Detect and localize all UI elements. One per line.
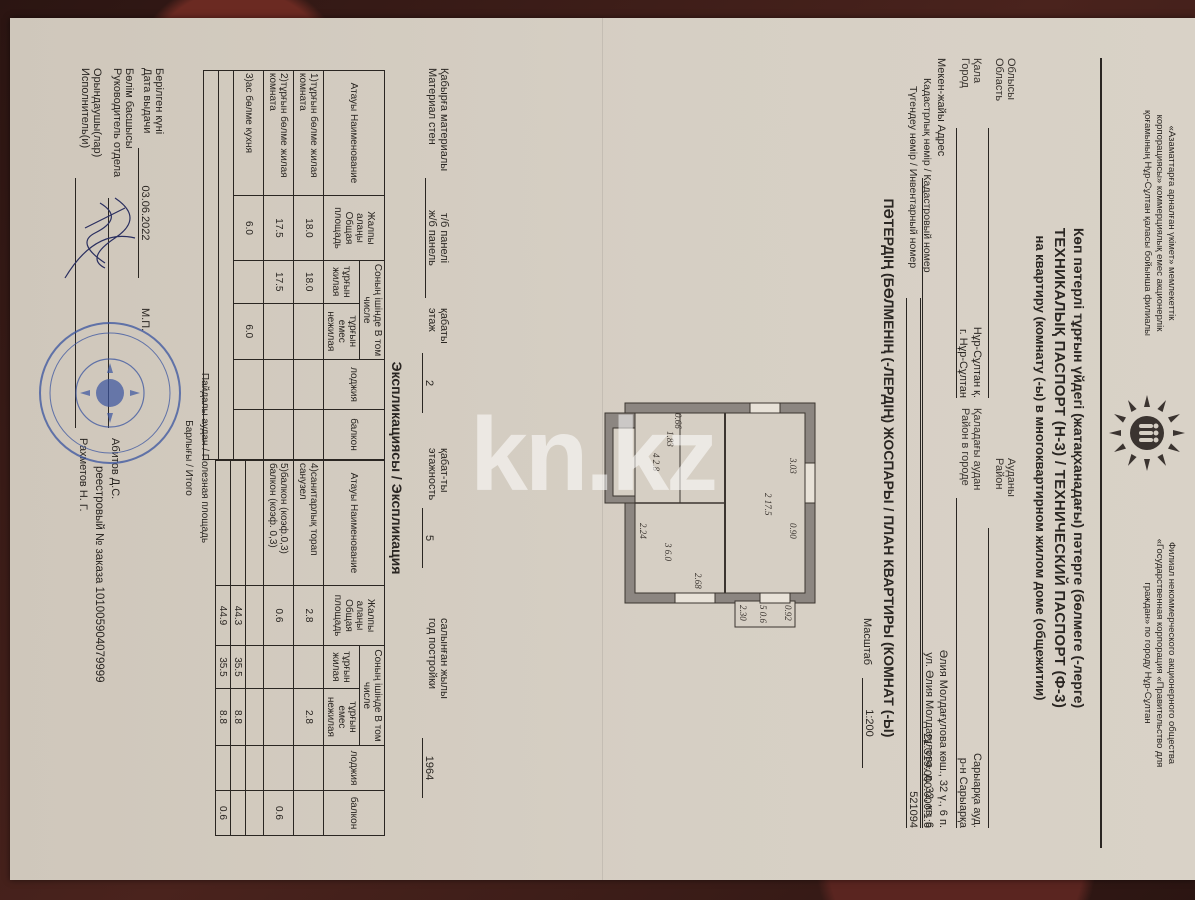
row-value bbox=[294, 410, 324, 460]
svg-text:2.24: 2.24 bbox=[638, 523, 648, 539]
label-kz: Облысы bbox=[1005, 58, 1017, 101]
explication-title: Экспликациясы / Экспликация bbox=[389, 78, 405, 858]
address-value-kz: Әлия Молдағұлова көш., 32 ү., 6 п. bbox=[937, 178, 949, 828]
cadastral-label: Кадастрлық нөмір / Кадастровый номер bbox=[921, 78, 933, 273]
useful-area-label: Пайдалы аудан / Полезная площадь bbox=[199, 78, 210, 838]
col-balcony: балкон bbox=[324, 791, 385, 836]
label-ru: Район bbox=[993, 458, 1005, 497]
label-kz: Қала bbox=[971, 58, 983, 88]
col-living: тұрғын жилая bbox=[324, 261, 360, 304]
label-kz: салынған жылы bbox=[438, 618, 450, 699]
col-loggia: лоджия bbox=[324, 360, 385, 410]
row-name: 2)тұрғын бөлме жилая комната bbox=[264, 71, 294, 196]
org-kz-line: қоғамының Нұр-Сұлтан қаласы бойынша фили… bbox=[1141, 58, 1153, 388]
label-kz: Қаладағы аудан bbox=[971, 408, 983, 490]
label-ru: год постройки bbox=[426, 618, 438, 699]
signature-scribble-icon bbox=[45, 178, 155, 308]
org-kz-line: корпорациясы» коммерциялық емес акционер… bbox=[1153, 58, 1165, 388]
label-ru: Район в городе bbox=[959, 408, 971, 490]
org-ru-line: Филиал некоммерческого акционерного обще… bbox=[1165, 488, 1177, 818]
row-value bbox=[264, 410, 294, 460]
title-kz: Көп пәтерлі тұрғын үйдегі (жатақханадағы… bbox=[1071, 78, 1087, 858]
label-ru: Область bbox=[993, 58, 1005, 101]
useful-total: 44.3 bbox=[231, 586, 246, 646]
cell bbox=[231, 461, 246, 586]
svg-text:5 0.6: 5 0.6 bbox=[758, 605, 768, 624]
col-total: Жалпы алаңы Общая площадь bbox=[324, 196, 385, 261]
year-value: 1964 bbox=[422, 738, 435, 798]
org-ru-line: граждан» по городу Нұр-Сұлтан bbox=[1141, 488, 1153, 818]
row-value bbox=[264, 746, 294, 791]
label-ru: этаж bbox=[426, 308, 438, 344]
floors-value: 5 bbox=[422, 508, 435, 568]
label-ru: Материал стен bbox=[426, 68, 438, 171]
grand-total: 44.9 bbox=[216, 586, 231, 646]
inventory-value: 521094 bbox=[906, 298, 919, 828]
org-name-ru: Филиал некоммерческого акционерного обще… bbox=[1141, 488, 1177, 818]
label-kz: қабаты bbox=[438, 308, 450, 344]
row-value: 18.0 bbox=[294, 261, 324, 304]
label-kz: қабат-ты bbox=[438, 448, 450, 500]
label-ru: Дата выдачи bbox=[141, 68, 153, 134]
grand-balcony: 0.6 bbox=[216, 791, 231, 836]
label-ru: Руководитель отдела bbox=[111, 68, 123, 177]
title-main: ТЕХНИКАЛЫҚ ПАСПОРТ (Н-3) / ТЕХНИЧЕСКИЙ П… bbox=[1051, 78, 1068, 858]
col-nonliving: тұрғын емес нежилая bbox=[324, 688, 360, 745]
scale-value: 1:200 bbox=[862, 678, 875, 768]
city-district-value-ru: р-н Сарыарқа bbox=[956, 498, 969, 828]
cell bbox=[216, 746, 231, 791]
address-label: Мекен-жайы Адрес bbox=[935, 58, 947, 156]
cell bbox=[231, 746, 246, 791]
row-name: 4)санитарлық торап санузел bbox=[294, 461, 324, 586]
row-value: 17.5 bbox=[264, 261, 294, 304]
wall-material-label: Қабырға материалы Материал стен bbox=[426, 68, 450, 171]
useful-area-row: 44.3 35.5 8.8 bbox=[231, 461, 246, 836]
table-row: 2)тұрғын бөлме жилая комната17.517.5 bbox=[264, 71, 294, 460]
svg-text:0.90: 0.90 bbox=[788, 523, 798, 539]
exec-label: Орындаушы(лар) Исполнитель(и) bbox=[79, 68, 103, 157]
row-value: 17.5 bbox=[264, 196, 294, 261]
row-value bbox=[264, 360, 294, 410]
title-ru: на квартиру (комнату (-ы) в многоквартир… bbox=[1033, 78, 1048, 858]
city-district-label: Қаладағы аудан Район в городе bbox=[959, 408, 983, 490]
cadastral-value: 21:319:000:000:1:6 bbox=[920, 298, 933, 828]
plan-title: ПӘТЕРДІҢ (БӨЛМЕНІҢ (-ЛЕРДІҢ) ЖОСПАРЫ / П… bbox=[881, 78, 897, 858]
grand-nonliving: 8.8 bbox=[216, 688, 231, 745]
grand-living: 35.5 bbox=[216, 646, 231, 689]
row-value: 2.8 bbox=[294, 586, 324, 646]
label-kz: Бөлім басшысы bbox=[123, 68, 135, 177]
year-label: салынған жылы год постройки bbox=[426, 618, 450, 699]
label-kz: Қабырға материалы bbox=[438, 68, 450, 171]
header-divider bbox=[1100, 58, 1102, 848]
official-stamp-icon bbox=[35, 318, 185, 468]
inventory-label: Түгендеу нөмір / Инвентарный номер bbox=[907, 86, 919, 268]
table-row: 4)санитарлық торап санузел2.82.8 bbox=[294, 461, 324, 836]
table-row: 3)ас бөлме кухня6.06.0 bbox=[234, 71, 264, 460]
row-name: 3)ас бөлме кухня bbox=[234, 71, 264, 196]
oblast-value bbox=[988, 128, 1001, 398]
grand-total-row: 44.9 35.5 8.8 0.6 bbox=[216, 461, 231, 836]
row-value bbox=[294, 646, 324, 689]
col-living: тұрғын жилая bbox=[324, 646, 360, 689]
row-value bbox=[294, 746, 324, 791]
row-value bbox=[294, 791, 324, 836]
org-name-kz: «Азаматтарға арналған үкімет» мемлекетті… bbox=[1141, 58, 1177, 388]
explication-table-left: Атауы Наименование Жалпы алаңы Общая пло… bbox=[203, 70, 385, 460]
wall-material-value: т/б панелі ж/б панель bbox=[425, 178, 450, 298]
row-value bbox=[234, 261, 264, 304]
row-value bbox=[294, 360, 324, 410]
sun-people-logo-icon bbox=[1109, 393, 1189, 473]
row-value: 0.6 bbox=[264, 586, 294, 646]
svg-text:3 6.0: 3 6.0 bbox=[663, 542, 673, 562]
document-title: Көп пәтерлі тұрғын үйдегі (жатақханадағы… bbox=[1033, 78, 1087, 858]
kn-kz-watermark-overlay: kn.kz bbox=[470, 395, 730, 515]
col-incl: Соның ішінде В том числе bbox=[360, 261, 385, 360]
city-district-value-kz: Сарыарқа ауд. bbox=[971, 498, 983, 828]
audan-label: Ауданы Район bbox=[993, 458, 1017, 497]
col-loggia: лоджия bbox=[324, 746, 385, 791]
label-ru: этажность bbox=[426, 448, 438, 500]
floor-label: қабаты этаж bbox=[426, 308, 450, 344]
label-ru: Исполнитель(и) bbox=[79, 68, 91, 157]
row-value bbox=[234, 410, 264, 460]
city-value-kz: Нұр-Сұлтан қ. bbox=[971, 128, 983, 398]
row-value bbox=[264, 303, 294, 359]
audan-value bbox=[988, 528, 1001, 828]
label-kz: Орындаушы(лар) bbox=[91, 68, 103, 157]
col-nonliving: тұрғын емес нежилая bbox=[324, 303, 360, 359]
svg-text:2.68: 2.68 bbox=[693, 573, 703, 589]
col-total: Жалпы алаңы Общая площадь bbox=[324, 586, 385, 646]
table-row: 1)тұрғын бөлме жилая комната18.018.0 bbox=[294, 71, 324, 460]
row-value: 2.8 bbox=[294, 688, 324, 745]
row-name: 1)тұрғын бөлме жилая комната bbox=[294, 71, 324, 196]
oblast-label: Облысы Область bbox=[993, 58, 1017, 101]
label-kz: Ауданы bbox=[1005, 458, 1017, 497]
row-value: 0.6 bbox=[264, 791, 294, 836]
svg-text:2.30: 2.30 bbox=[738, 605, 748, 621]
scale-label: Масштаб bbox=[861, 618, 873, 665]
floors-label: қабат-ты этажность bbox=[426, 448, 450, 500]
value-ru: ж/б панель bbox=[425, 178, 438, 298]
svg-text:0.92: 0.92 bbox=[783, 605, 793, 621]
city-value-ru: г. Нұр-Сұлтан bbox=[956, 128, 969, 398]
city-label: Қала Город bbox=[959, 58, 983, 88]
label-kz: Берілген күні bbox=[153, 68, 165, 134]
row-name: 5)балкон (коэф.0,3) балкон (коэф. 0,3) bbox=[264, 461, 294, 586]
org-kz-line: «Азаматтарға арналған үкімет» мемлекетті… bbox=[1165, 58, 1177, 388]
row-value: 6.0 bbox=[234, 303, 264, 359]
org-ru-line: «Государственная корпорация «Правительст… bbox=[1153, 488, 1165, 818]
table-row: 5)балкон (коэф.0,3) балкон (коэф. 0,3)0.… bbox=[264, 461, 294, 836]
cell bbox=[216, 461, 231, 586]
col-name: Атауы Наименование bbox=[324, 71, 385, 196]
row-value: 18.0 bbox=[294, 196, 324, 261]
row-value bbox=[264, 646, 294, 689]
row-value bbox=[294, 303, 324, 359]
explication-table-right: Атауы Наименование Жалпы алаңы Общая пло… bbox=[215, 460, 385, 836]
floor-value: 2 bbox=[422, 353, 435, 413]
head-label: Бөлім басшысы Руководитель отдела bbox=[111, 68, 135, 177]
col-name: Атауы Наименование bbox=[324, 461, 385, 586]
useful-nonliving: 8.8 bbox=[231, 688, 246, 745]
label-ru: Город bbox=[959, 58, 971, 88]
registry-number: реестровый № заказа 101005904079999 bbox=[93, 466, 105, 683]
svg-text:3.03: 3.03 bbox=[788, 457, 798, 474]
row-value bbox=[234, 360, 264, 410]
col-incl: Соның ішінде В том числе bbox=[360, 646, 385, 746]
cell bbox=[231, 791, 246, 836]
row-value bbox=[264, 688, 294, 745]
value-kz: т/б панелі bbox=[438, 178, 450, 298]
useful-living: 35.5 bbox=[231, 646, 246, 689]
issue-date-label: Берілген күні Дата выдачи bbox=[141, 68, 165, 134]
room2-area-text: 2 17.5 bbox=[763, 493, 773, 516]
col-balcony: балкон bbox=[324, 410, 385, 460]
row-value: 6.0 bbox=[234, 196, 264, 261]
